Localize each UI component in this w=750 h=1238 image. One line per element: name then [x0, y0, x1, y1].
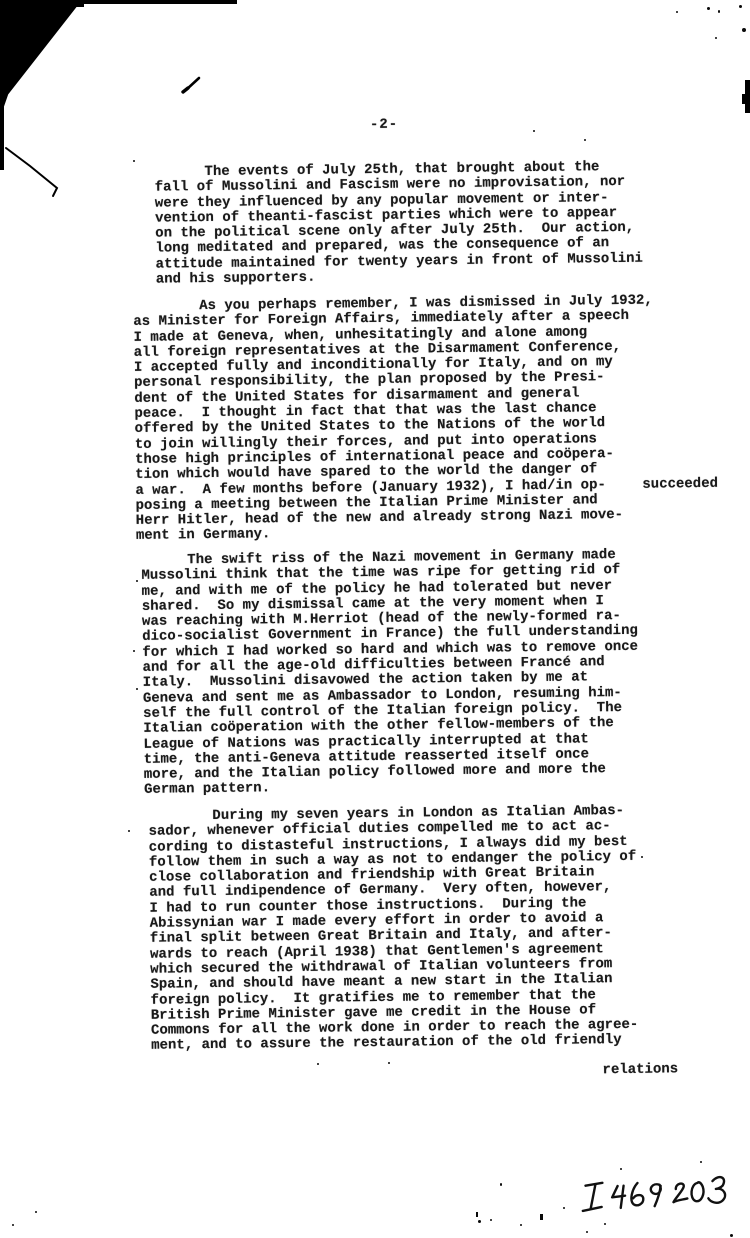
scan-speckle [12, 1224, 14, 1226]
scan-speckle [586, 1231, 588, 1233]
scan-speckle [133, 650, 135, 652]
scan-speckle [136, 580, 138, 582]
scan-speckle [500, 1183, 502, 1186]
scan-speckle [718, 10, 720, 13]
scan-speckle [388, 1062, 390, 1064]
scan-speckle [707, 7, 710, 10]
scan-speckle [476, 1212, 478, 1217]
page-number: -2- [370, 117, 398, 133]
scan-speckle [641, 856, 643, 858]
scan-speckle [604, 1223, 606, 1225]
scan-speckle [490, 1219, 492, 1221]
scan-speckle [730, 1234, 733, 1237]
scan-speckle [700, 1161, 702, 1163]
scan-speckle [739, 5, 742, 8]
margin-insertion: succeeded [642, 476, 718, 493]
scan-speckle [540, 1214, 543, 1220]
paragraph: During my seven years in London as Itali… [148, 804, 638, 1055]
scan-speckle [620, 1168, 622, 1170]
paragraph: As you perhaps remember, I was dismissed… [133, 294, 656, 545]
scan-speckle [676, 11, 678, 13]
scan-artifact-top-strip [52, 0, 84, 7]
paragraph: The events of July 25th, that brought ab… [154, 160, 643, 288]
paragraph: The swift riss of the Nazi movement in G… [141, 548, 640, 799]
scan-speckle [520, 1224, 522, 1226]
scan-speckle [136, 688, 138, 690]
scan-speckle [128, 830, 130, 832]
scan-artifact-right-edge [742, 94, 745, 104]
scan-speckle [533, 130, 535, 132]
document-page: -2- The events of July 25th, that brough… [0, 0, 750, 1238]
handwritten-note [575, 1168, 739, 1218]
scan-speckle [35, 1211, 37, 1213]
typed-text-layer: -2- The events of July 25th, that brough… [0, 0, 750, 1238]
scan-speckle [584, 139, 586, 141]
scan-artifact-right-edge [745, 80, 750, 113]
scan-speckle [317, 1063, 319, 1065]
pencil-tick-mark [178, 74, 204, 98]
catchword: relations [602, 1061, 678, 1078]
scan-speckle [478, 1220, 481, 1223]
scan-artifact-scratch [0, 140, 70, 205]
scan-speckle [742, 28, 746, 32]
scan-speckle [563, 1207, 565, 1209]
scan-speckle [133, 160, 135, 162]
scan-speckle [715, 37, 717, 39]
